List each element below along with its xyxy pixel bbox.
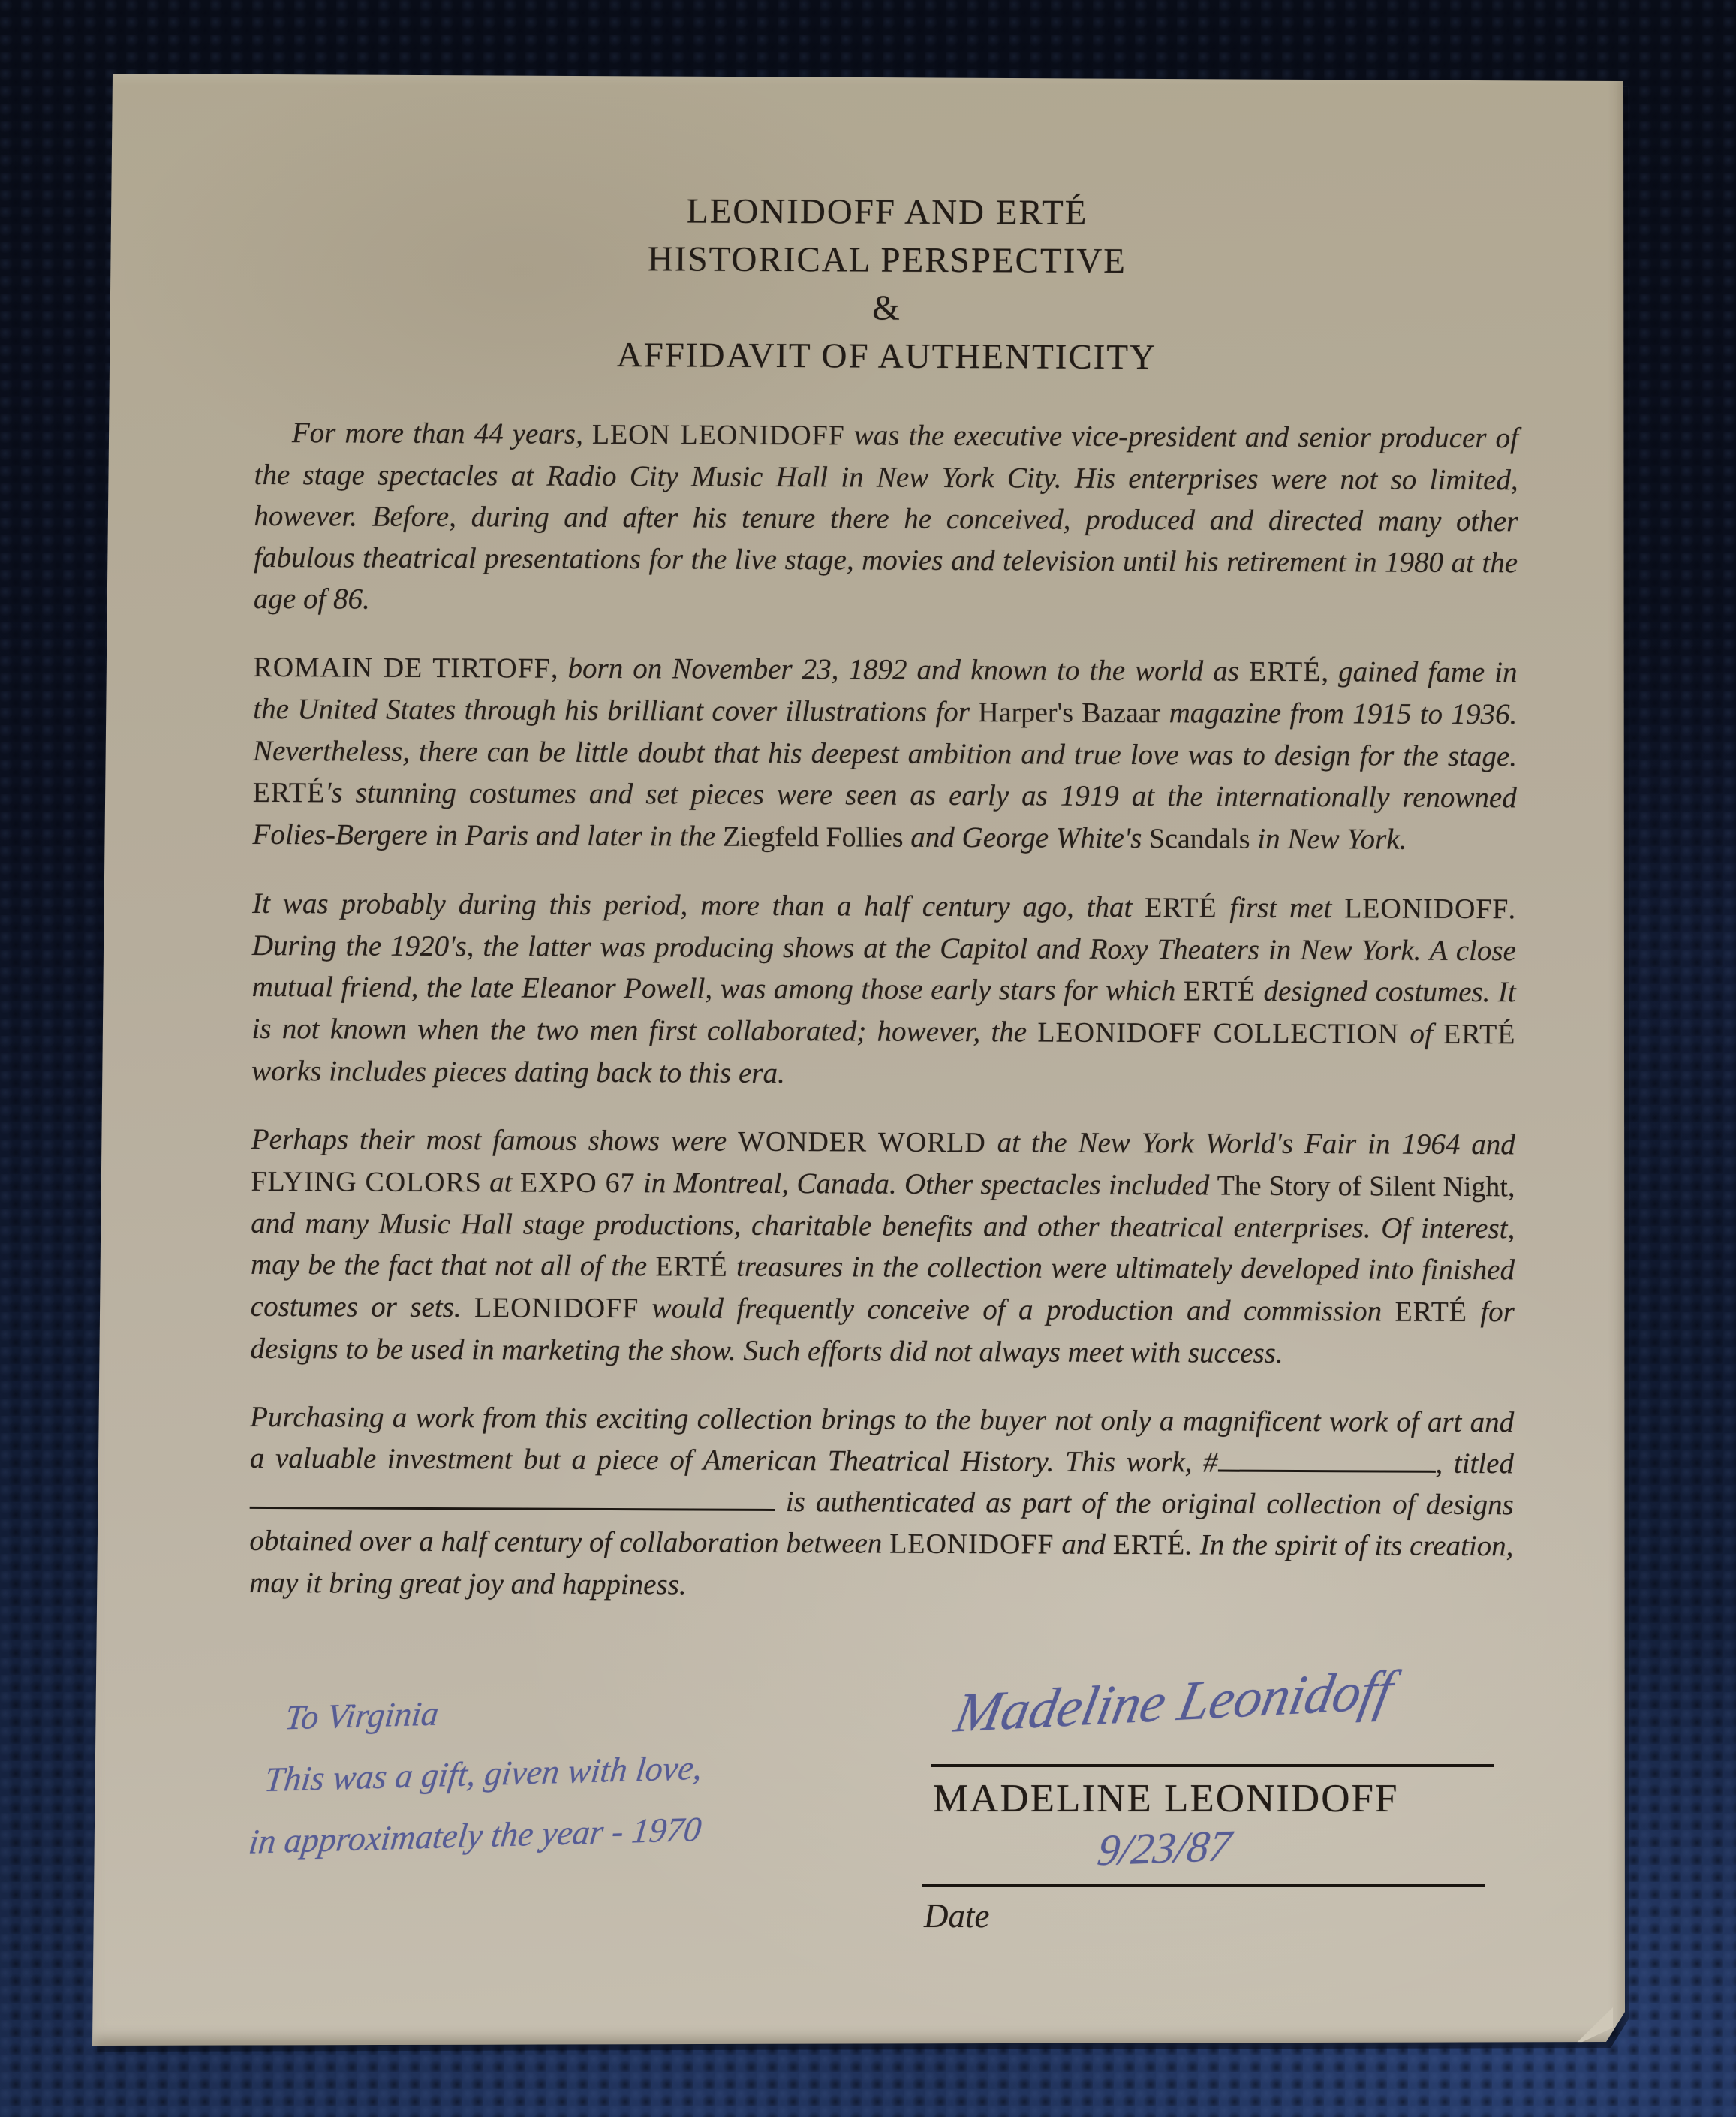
text-segment: Scandals — [1149, 823, 1250, 855]
title-ampersand: & — [255, 282, 1519, 335]
date-label: Date — [924, 1896, 989, 1935]
body-paragraph: For more than 44 years, LEON LEONIDOFF w… — [254, 412, 1518, 625]
text-segment: works includes pieces dating back to thi… — [251, 1055, 785, 1089]
text-segment: For more than 44 years, — [292, 417, 592, 450]
document-body: For more than 44 years, LEON LEONIDOFF w… — [249, 412, 1518, 1609]
text-segment: ERTÉ — [1443, 1019, 1515, 1050]
text-segment: would frequently conceive of a productio… — [639, 1292, 1395, 1327]
title-line-3: AFFIDAVIT OF AUTHENTICITY — [254, 330, 1518, 383]
document-title: LEONIDOFF AND ERTÉ HISTORICAL PERSPECTIV… — [254, 185, 1519, 383]
text-segment: and — [1054, 1528, 1113, 1561]
text-segment: ROMAIN DE TIRTOFF — [253, 652, 550, 685]
text-segment: at — [482, 1166, 520, 1198]
text-segment: LEONIDOFF — [474, 1292, 639, 1324]
text-segment: It was probably during this period, more… — [252, 887, 1145, 923]
body-paragraph: Purchasing a work from this exciting col… — [249, 1396, 1514, 1609]
text-segment: ERTÉ — [253, 777, 325, 809]
text-segment: Harper's Bazaar — [978, 697, 1160, 729]
text-segment: first met — [1217, 892, 1344, 925]
text-segment: Perhaps their most famous shows were — [251, 1123, 739, 1158]
text-segment: EXPO 67 — [520, 1167, 636, 1200]
text-segment: at the New York World's Fair in 1964 and — [986, 1126, 1515, 1161]
body-paragraph: It was probably during this period, more… — [251, 883, 1516, 1097]
text-segment: ERTÉ — [1395, 1296, 1467, 1328]
text-segment: , titled — [1435, 1447, 1514, 1480]
title-line-1: LEONIDOFF AND ERTÉ — [255, 185, 1519, 239]
inscription-line-3: in approximately the year - 1970 — [245, 1799, 705, 1873]
body-paragraph: Perhaps their most famous shows were WON… — [250, 1119, 1515, 1375]
text-segment: ERTÉ — [1249, 656, 1321, 688]
date-handwritten: 9/23/87 — [1094, 1820, 1235, 1876]
body-paragraph: ROMAIN DE TIRTOFF, born on November 23, … — [252, 646, 1517, 861]
date-line — [922, 1884, 1485, 1887]
text-segment: LEONIDOFF COLLECTION — [1037, 1017, 1399, 1050]
photo-of-document: { "photo": { "background_top_color": "#0… — [0, 0, 1736, 2117]
text-segment: ERTÉ — [655, 1251, 727, 1282]
signature-printed-name: MADELINE LEONIDOFF — [933, 1776, 1398, 1821]
text-segment: Ziegfeld Follies — [723, 821, 904, 854]
text-segment: LEON LEONIDOFF — [592, 419, 845, 451]
fill-in-blank-line — [1217, 1465, 1435, 1473]
text-segment: ERTÉ — [1113, 1529, 1185, 1561]
handwritten-inscription: To Virginia This was a gift, given with … — [245, 1675, 718, 1873]
text-segment: and George White's — [903, 821, 1149, 854]
affidavit-document-page: LEONIDOFF AND ERTÉ HISTORICAL PERSPECTIV… — [92, 74, 1625, 2047]
text-segment: FLYING COLORS — [251, 1166, 481, 1198]
title-line-2: HISTORICAL PERSPECTIVE — [255, 233, 1519, 287]
text-segment: of — [1399, 1018, 1443, 1050]
text-segment: WONDER WORLD — [738, 1126, 986, 1158]
signature-line — [931, 1764, 1494, 1767]
text-segment: ERTÉ — [1184, 975, 1256, 1007]
text-segment: LEONIDOFF — [1344, 893, 1509, 925]
text-segment: in Montreal, Canada. Other spectacles in… — [635, 1167, 1217, 1201]
text-segment: in New York. — [1250, 823, 1407, 856]
text-segment: , born on November 23, 1892 and known to… — [551, 652, 1249, 688]
text-segment: The Story of Silent Night — [1217, 1170, 1508, 1203]
text-segment: LEONIDOFF — [889, 1528, 1054, 1561]
fill-in-blank-line — [250, 1502, 775, 1511]
text-segment: ERTÉ — [1145, 892, 1217, 923]
